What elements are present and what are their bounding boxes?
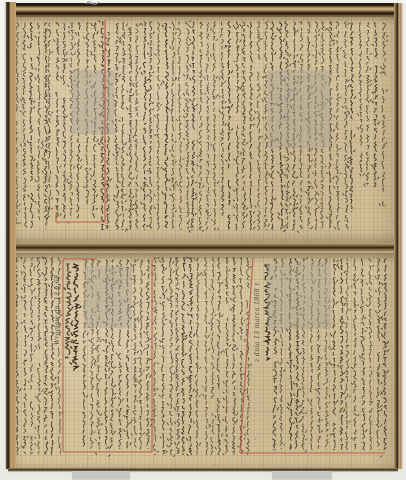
ink-speck <box>248 222 249 223</box>
pencil-scribble <box>84 0 106 6</box>
handwriting-column <box>381 259 389 450</box>
handwriting-column <box>35 23 43 220</box>
ink-speck <box>374 149 375 150</box>
handwriting-column <box>147 22 155 229</box>
handwriting-column <box>20 23 27 228</box>
handwritten-dateline: Wrocław dn. 13.5.68. <box>54 265 61 345</box>
handwriting-column <box>364 23 372 186</box>
ink-speck <box>24 447 25 448</box>
ink-speck <box>67 357 69 359</box>
handwriting-column <box>186 258 195 455</box>
ink-speck <box>175 257 176 258</box>
ink-speck <box>100 153 101 154</box>
handwriting-column <box>210 22 218 230</box>
ink-speck <box>87 185 88 186</box>
ink-speck <box>243 354 244 355</box>
ink-speck <box>344 220 346 222</box>
handwriting-column <box>42 257 50 454</box>
handwriting-column <box>202 258 210 455</box>
ink-speck <box>192 328 193 329</box>
ink-speck <box>119 117 120 118</box>
handwriting-column <box>35 258 43 454</box>
ink-speck <box>250 374 251 375</box>
ink-speck <box>239 136 240 137</box>
ink-speck <box>247 166 248 167</box>
center-fold <box>8 243 399 253</box>
handwriting-heading-line <box>64 264 73 357</box>
ink-speck <box>21 95 23 97</box>
handwriting-column <box>28 258 36 454</box>
handwriting-column <box>375 259 383 457</box>
book-right-edge <box>394 3 406 469</box>
ink-speck <box>152 44 153 45</box>
handwriting-column <box>366 259 373 450</box>
handwriting-column <box>343 259 351 450</box>
ink-speck <box>384 205 385 206</box>
ink-speck <box>87 458 88 459</box>
handwriting-column <box>197 22 204 232</box>
handwriting-column <box>130 259 138 447</box>
handwriting-layer <box>8 17 399 244</box>
tape-strip <box>72 471 130 479</box>
handwriting-column <box>219 22 227 215</box>
ink-speck <box>126 189 127 190</box>
handwriting-column <box>193 258 201 454</box>
handwriting-column <box>174 258 180 454</box>
ink-speck <box>387 216 388 217</box>
handwriting-column <box>351 259 359 449</box>
ink-speck <box>341 415 342 416</box>
ink-speck <box>182 52 183 53</box>
handwriting-column <box>342 22 349 229</box>
handwriting-column <box>162 23 170 227</box>
ink-speck <box>133 378 135 380</box>
ink-speck <box>341 282 342 283</box>
ink-speck <box>213 464 214 465</box>
handwriting-column <box>21 257 29 453</box>
handwriting-column <box>247 22 255 230</box>
handwriting-column <box>175 22 184 229</box>
ink-speck <box>149 383 150 384</box>
tape-strip <box>272 471 332 479</box>
handwriting-column <box>54 23 62 217</box>
handwriting-column <box>338 259 346 449</box>
handwriting-layer <box>8 253 399 469</box>
ink-speck <box>324 349 325 350</box>
ink-speck <box>132 128 134 130</box>
book-top-edge <box>7 1 401 18</box>
ink-speck <box>20 222 22 224</box>
handwriting-column <box>154 22 162 230</box>
smudge-patch <box>267 263 332 330</box>
pencil-scribble-path <box>86 2 99 5</box>
ink-speck <box>328 213 329 214</box>
handwriting-column <box>189 22 197 232</box>
ink-speck <box>31 347 32 348</box>
ink-speck <box>321 362 322 363</box>
ink-speck <box>57 223 58 224</box>
ink-speck <box>102 424 103 425</box>
handwritten-dateline: z dnia 13 marca 1868 r. <box>254 266 261 362</box>
notebook-page-right <box>8 253 399 469</box>
notebook-page-left <box>8 17 399 244</box>
smudge-patch <box>72 70 115 135</box>
ink-speck <box>339 229 340 230</box>
handwriting-column <box>233 22 241 230</box>
handwriting-column <box>347 23 355 212</box>
handwriting-heading-line <box>70 264 81 370</box>
handwriting-column <box>240 22 248 228</box>
ink-speck <box>334 316 335 317</box>
smudge-patch <box>84 266 132 328</box>
ink-speck <box>268 20 270 22</box>
handwriting-column <box>60 23 68 218</box>
handwriting-column <box>357 23 364 176</box>
handwriting-column <box>144 260 152 448</box>
smudge-patch <box>268 70 331 149</box>
ink-speck <box>236 461 237 462</box>
notebook-photo: Wrocław dn. 13.5.68. z dnia 13 marca 186… <box>0 0 406 480</box>
ink-speck <box>255 438 257 440</box>
handwriting-column <box>334 22 342 229</box>
ink-speck <box>317 351 318 352</box>
handwriting-column <box>119 22 128 231</box>
handwriting-column <box>204 23 212 230</box>
ink-speck <box>127 339 128 340</box>
handwriting-column <box>359 259 367 450</box>
handwriting-column <box>137 260 145 449</box>
handwriting-column <box>379 23 388 206</box>
handwriting-column <box>330 259 338 450</box>
handwriting-column <box>159 258 167 454</box>
ink-speck <box>187 69 188 70</box>
handwriting-column <box>133 24 141 229</box>
handwriting-column <box>230 258 238 454</box>
handwriting-column <box>371 23 379 187</box>
handwriting-column <box>225 22 232 229</box>
ink-speck <box>217 412 218 413</box>
handwriting-column <box>181 257 188 455</box>
handwriting-column <box>215 258 223 455</box>
handwriting-column <box>209 258 217 455</box>
ink-speck <box>142 134 143 135</box>
handwriting-column <box>183 21 192 229</box>
book-bottom-edge <box>8 468 398 473</box>
handwriting-column <box>167 258 175 457</box>
handwriting-column <box>27 23 35 228</box>
handwriting-column <box>169 22 177 228</box>
handwriting-column <box>223 258 231 455</box>
book-left-edge <box>4 2 16 469</box>
handwriting-column <box>255 22 263 230</box>
